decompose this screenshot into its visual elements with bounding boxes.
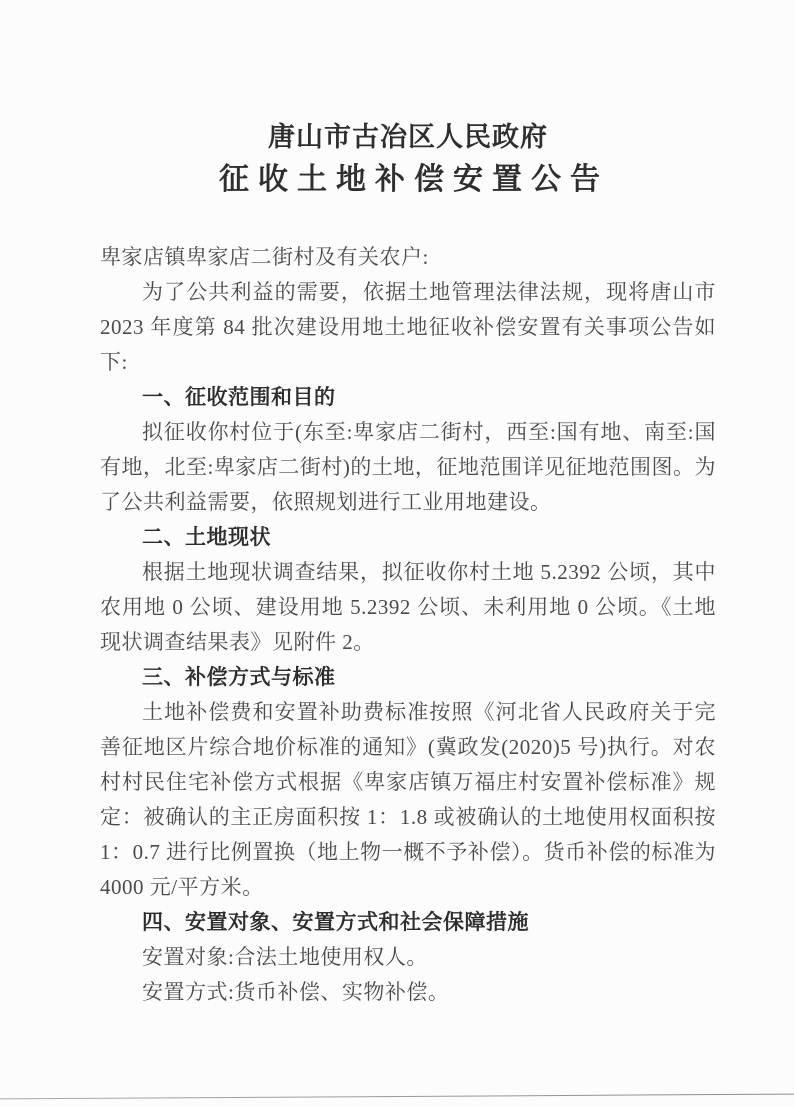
section-paragraph: 土地补偿费和安置补助费标准按照《河北省人民政府关于完善征地区片综合地价标准的通知… (100, 695, 716, 905)
section-paragraph: 根据土地现状调查结果，拟征收你村土地 5.2392 公顷，其中农用地 0 公顷、… (100, 555, 716, 660)
section-heading: 一、征收范围和目的 (100, 380, 716, 415)
section-heading: 四、安置对象、安置方式和社会保障措施 (100, 905, 716, 940)
document-subtitle: 征收土地补偿安置公告 (100, 160, 722, 200)
section-paragraph: 安置对象:合法土地使用权人。 (100, 940, 716, 975)
section-paragraph: 拟征收你村位于(东至:卑家店二街村，西至:国有地、南至:国有地，北至:卑家店二街… (100, 415, 716, 520)
scan-page-edge-artifact (0, 1094, 794, 1100)
scanned-document-page: 唐山市古冶区人民政府 征收土地补偿安置公告 卑家店镇卑家店二街村及有关农户: 为… (0, 0, 794, 1107)
section-paragraph: 安置方式:货币补偿、实物补偿。 (100, 975, 716, 1010)
sections-container: 一、征收范围和目的拟征收你村位于(东至:卑家店二街村，西至:国有地、南至:国有地… (100, 380, 716, 1010)
salutation-line: 卑家店镇卑家店二街村及有关农户: (100, 240, 716, 275)
document-title: 唐山市古冶区人民政府 (100, 121, 716, 153)
section-heading: 三、补偿方式与标准 (100, 660, 716, 695)
section-heading: 二、土地现状 (100, 520, 716, 555)
document-body: 卑家店镇卑家店二街村及有关农户: 为了公共利益的需要，依据土地管理法律法规，现将… (100, 240, 716, 1010)
intro-paragraph: 为了公共利益的需要，依据土地管理法律法规，现将唐山市 2023 年度第 84 批… (100, 275, 716, 380)
